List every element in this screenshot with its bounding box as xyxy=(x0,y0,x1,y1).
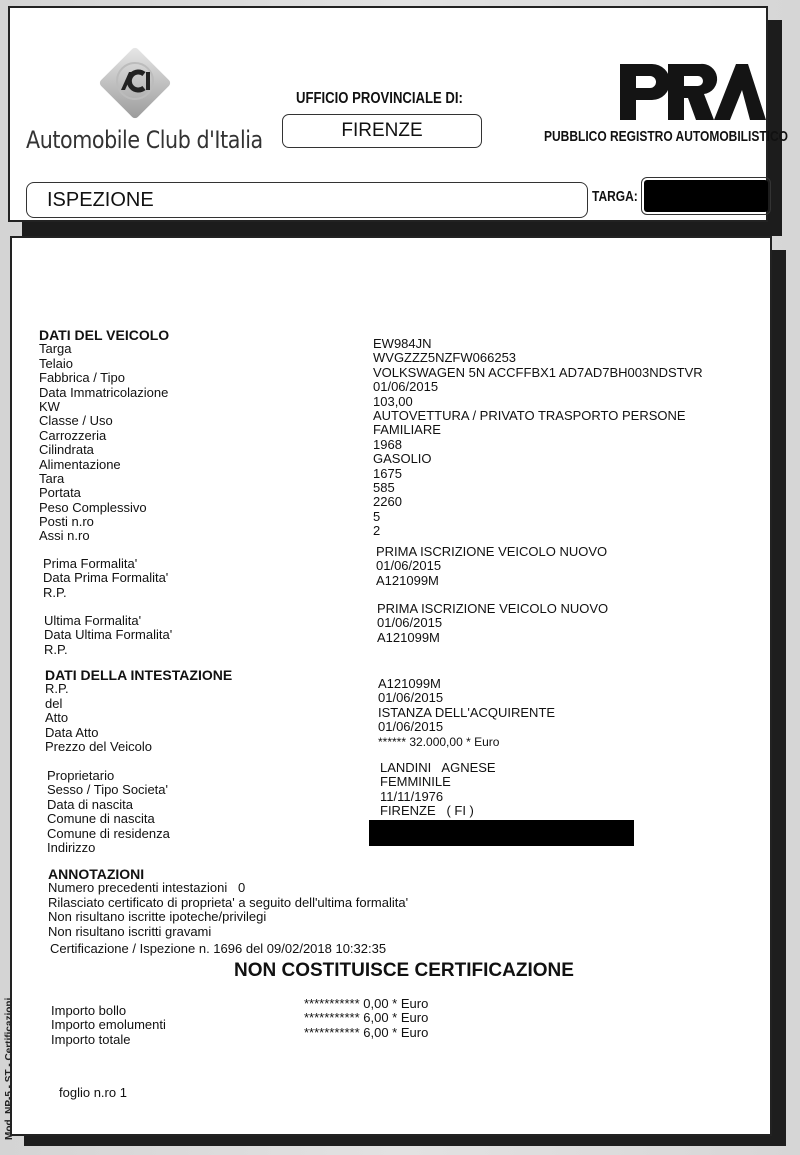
annotation-line: Numero precedenti intestazioni 0 xyxy=(48,881,408,895)
pra-subtitle: PUBBLICO REGISTRO AUTOMOBILISTICO xyxy=(544,128,788,145)
field-label: Assi n.ro xyxy=(39,529,169,543)
field-label: Cilindrata xyxy=(39,443,169,457)
field-value: 2 xyxy=(373,524,703,538)
ultima-formalita-values: PRIMA ISCRIZIONE VEICOLO NUOVO 01/06/201… xyxy=(377,602,608,645)
field-label: Indirizzo xyxy=(47,841,170,855)
field-value: 01/06/2015 xyxy=(378,691,555,705)
intestazione-values: A121099M 01/06/2015 ISTANZA DELL'ACQUIRE… xyxy=(378,677,555,749)
field-value: *********** 6,00 * Euro xyxy=(304,1026,428,1040)
section-title-annotazioni: ANNOTAZIONI xyxy=(48,867,408,881)
field-value: *********** 0,00 * Euro xyxy=(304,997,428,1011)
field-value: WVGZZZ5NZFW066253 xyxy=(373,351,703,365)
field-label: Portata xyxy=(39,486,169,500)
field-value: 01/06/2015 xyxy=(377,616,608,630)
field-label: R.P. xyxy=(43,586,168,600)
field-label: Importo bollo xyxy=(51,1004,166,1018)
field-value: VOLKSWAGEN 5N ACCFFBX1 AD7AD7BH003NDSTVR xyxy=(373,366,703,380)
field-value: ****** 32.000,00 * Euro xyxy=(378,735,555,749)
importi-labels: Importo bollo Importo emolumenti Importo… xyxy=(51,1004,166,1047)
field-value: 1675 xyxy=(373,467,703,481)
field-label: Targa xyxy=(39,342,169,356)
certificazione-line: Certificazione / Ispezione n. 1696 del 0… xyxy=(50,942,386,956)
field-label: R.P. xyxy=(44,643,172,657)
ufficio-value: FIRENZE xyxy=(282,114,482,148)
field-value: 01/06/2015 xyxy=(378,720,555,734)
field-value: AUTOVETTURA / PRIVATO TRASPORTO PERSONE xyxy=(373,409,703,423)
field-value: 2260 xyxy=(373,495,703,509)
field-value: PRIMA ISCRIZIONE VEICOLO NUOVO xyxy=(377,602,608,616)
field-value: 01/06/2015 xyxy=(376,559,607,573)
notice-title: NON COSTITUISCE CERTIFICAZIONE xyxy=(234,960,574,982)
field-label: Data Prima Formalita' xyxy=(43,571,168,585)
field-label: Tara xyxy=(39,472,169,486)
field-label: del xyxy=(45,697,232,711)
annotation-line: Rilasciato certificato di proprieta' a s… xyxy=(48,896,408,910)
field-value: 11/11/1976 xyxy=(380,790,496,804)
field-label: Telaio xyxy=(39,357,169,371)
proprietario-labels: Proprietario Sesso / Tipo Societa' Data … xyxy=(47,769,170,855)
ultima-formalita-labels: Ultima Formalita' Data Ultima Formalita'… xyxy=(44,614,172,657)
field-value: 1968 xyxy=(373,438,703,452)
proprietario-values: LANDINI AGNESE FEMMINILE 11/11/1976 FIRE… xyxy=(380,761,496,819)
prima-formalita-labels: Prima Formalita' Data Prima Formalita' R… xyxy=(43,557,168,600)
field-label: Prima Formalita' xyxy=(43,557,168,571)
foglio-number: foglio n.ro 1 xyxy=(59,1086,127,1100)
field-label: Data di nascita xyxy=(47,798,170,812)
field-value: FAMILIARE xyxy=(373,423,703,437)
field-value: A121099M xyxy=(376,574,607,588)
vehicle-values: EW984JN WVGZZZ5NZFW066253 VOLKSWAGEN 5N … xyxy=(373,337,703,538)
field-label: Data Atto xyxy=(45,726,232,740)
annotation-line: Non risultano iscritti gravami xyxy=(48,925,408,939)
section-title-veicolo: DATI DEL VEICOLO xyxy=(39,328,169,342)
field-label: Prezzo del Veicolo xyxy=(45,740,232,754)
field-label: Atto xyxy=(45,711,232,725)
targa-label: TARGA: xyxy=(592,188,638,205)
field-label: Sesso / Tipo Societa' xyxy=(47,783,170,797)
field-value: 103,00 xyxy=(373,395,703,409)
field-value: 5 xyxy=(373,510,703,524)
annotazioni: ANNOTAZIONI Numero precedenti intestazio… xyxy=(48,867,408,939)
field-label: Ultima Formalita' xyxy=(44,614,172,628)
field-value: LANDINI AGNESE xyxy=(380,761,496,775)
document-type: ISPEZIONE xyxy=(26,182,588,218)
field-value: GASOLIO xyxy=(373,452,703,466)
targa-value-redacted xyxy=(641,177,771,215)
field-label: Classe / Uso xyxy=(39,414,169,428)
field-label: R.P. xyxy=(45,682,232,696)
importi-values: *********** 0,00 * Euro *********** 6,00… xyxy=(304,997,428,1040)
field-label: Comune di nascita xyxy=(47,812,170,826)
document-header: Automobile Club d'Italia UFFICIO PROVINC… xyxy=(8,6,768,222)
field-label: Importo totale xyxy=(51,1033,166,1047)
field-value: FEMMINILE xyxy=(380,775,496,789)
field-label: Data Ultima Formalita' xyxy=(44,628,172,642)
field-value: PRIMA ISCRIZIONE VEICOLO NUOVO xyxy=(376,545,607,559)
field-value: FIRENZE ( FI ) xyxy=(380,804,496,818)
field-label: Carrozzeria xyxy=(39,429,169,443)
field-label: Data Immatricolazione xyxy=(39,386,169,400)
field-label: Alimentazione xyxy=(39,458,169,472)
field-value: EW984JN xyxy=(373,337,703,351)
section-title-intestazione: DATI DELLA INTESTAZIONE xyxy=(45,668,232,682)
field-value: A121099M xyxy=(377,631,608,645)
field-label: KW xyxy=(39,400,169,414)
address-redaction xyxy=(369,820,634,846)
ufficio-label: UFFICIO PROVINCIALE DI: xyxy=(296,90,463,108)
field-label: Comune di residenza xyxy=(47,827,170,841)
pra-logo-icon xyxy=(618,60,766,124)
form-code: Mod. NP-5 - ST - Certificazioni xyxy=(4,998,15,1140)
annotation-line: Non risultano iscritte ipoteche/privileg… xyxy=(48,910,408,924)
org-name: Automobile Club d'Italia xyxy=(26,126,263,154)
field-value: A121099M xyxy=(378,677,555,691)
field-value: ISTANZA DELL'ACQUIRENTE xyxy=(378,706,555,720)
field-label: Importo emolumenti xyxy=(51,1018,166,1032)
field-value: 01/06/2015 xyxy=(373,380,703,394)
aci-logo-icon xyxy=(96,44,174,122)
field-value: 585 xyxy=(373,481,703,495)
prima-formalita-values: PRIMA ISCRIZIONE VEICOLO NUOVO 01/06/201… xyxy=(376,545,607,588)
intestazione-labels: DATI DELLA INTESTAZIONE R.P. del Atto Da… xyxy=(45,668,232,754)
field-label: Peso Complessivo xyxy=(39,501,169,515)
field-label: Proprietario xyxy=(47,769,170,783)
field-label: Fabbrica / Tipo xyxy=(39,371,169,385)
field-value: *********** 6,00 * Euro xyxy=(304,1011,428,1025)
vehicle-labels: DATI DEL VEICOLO Targa Telaio Fabbrica /… xyxy=(39,328,169,544)
field-label: Posti n.ro xyxy=(39,515,169,529)
